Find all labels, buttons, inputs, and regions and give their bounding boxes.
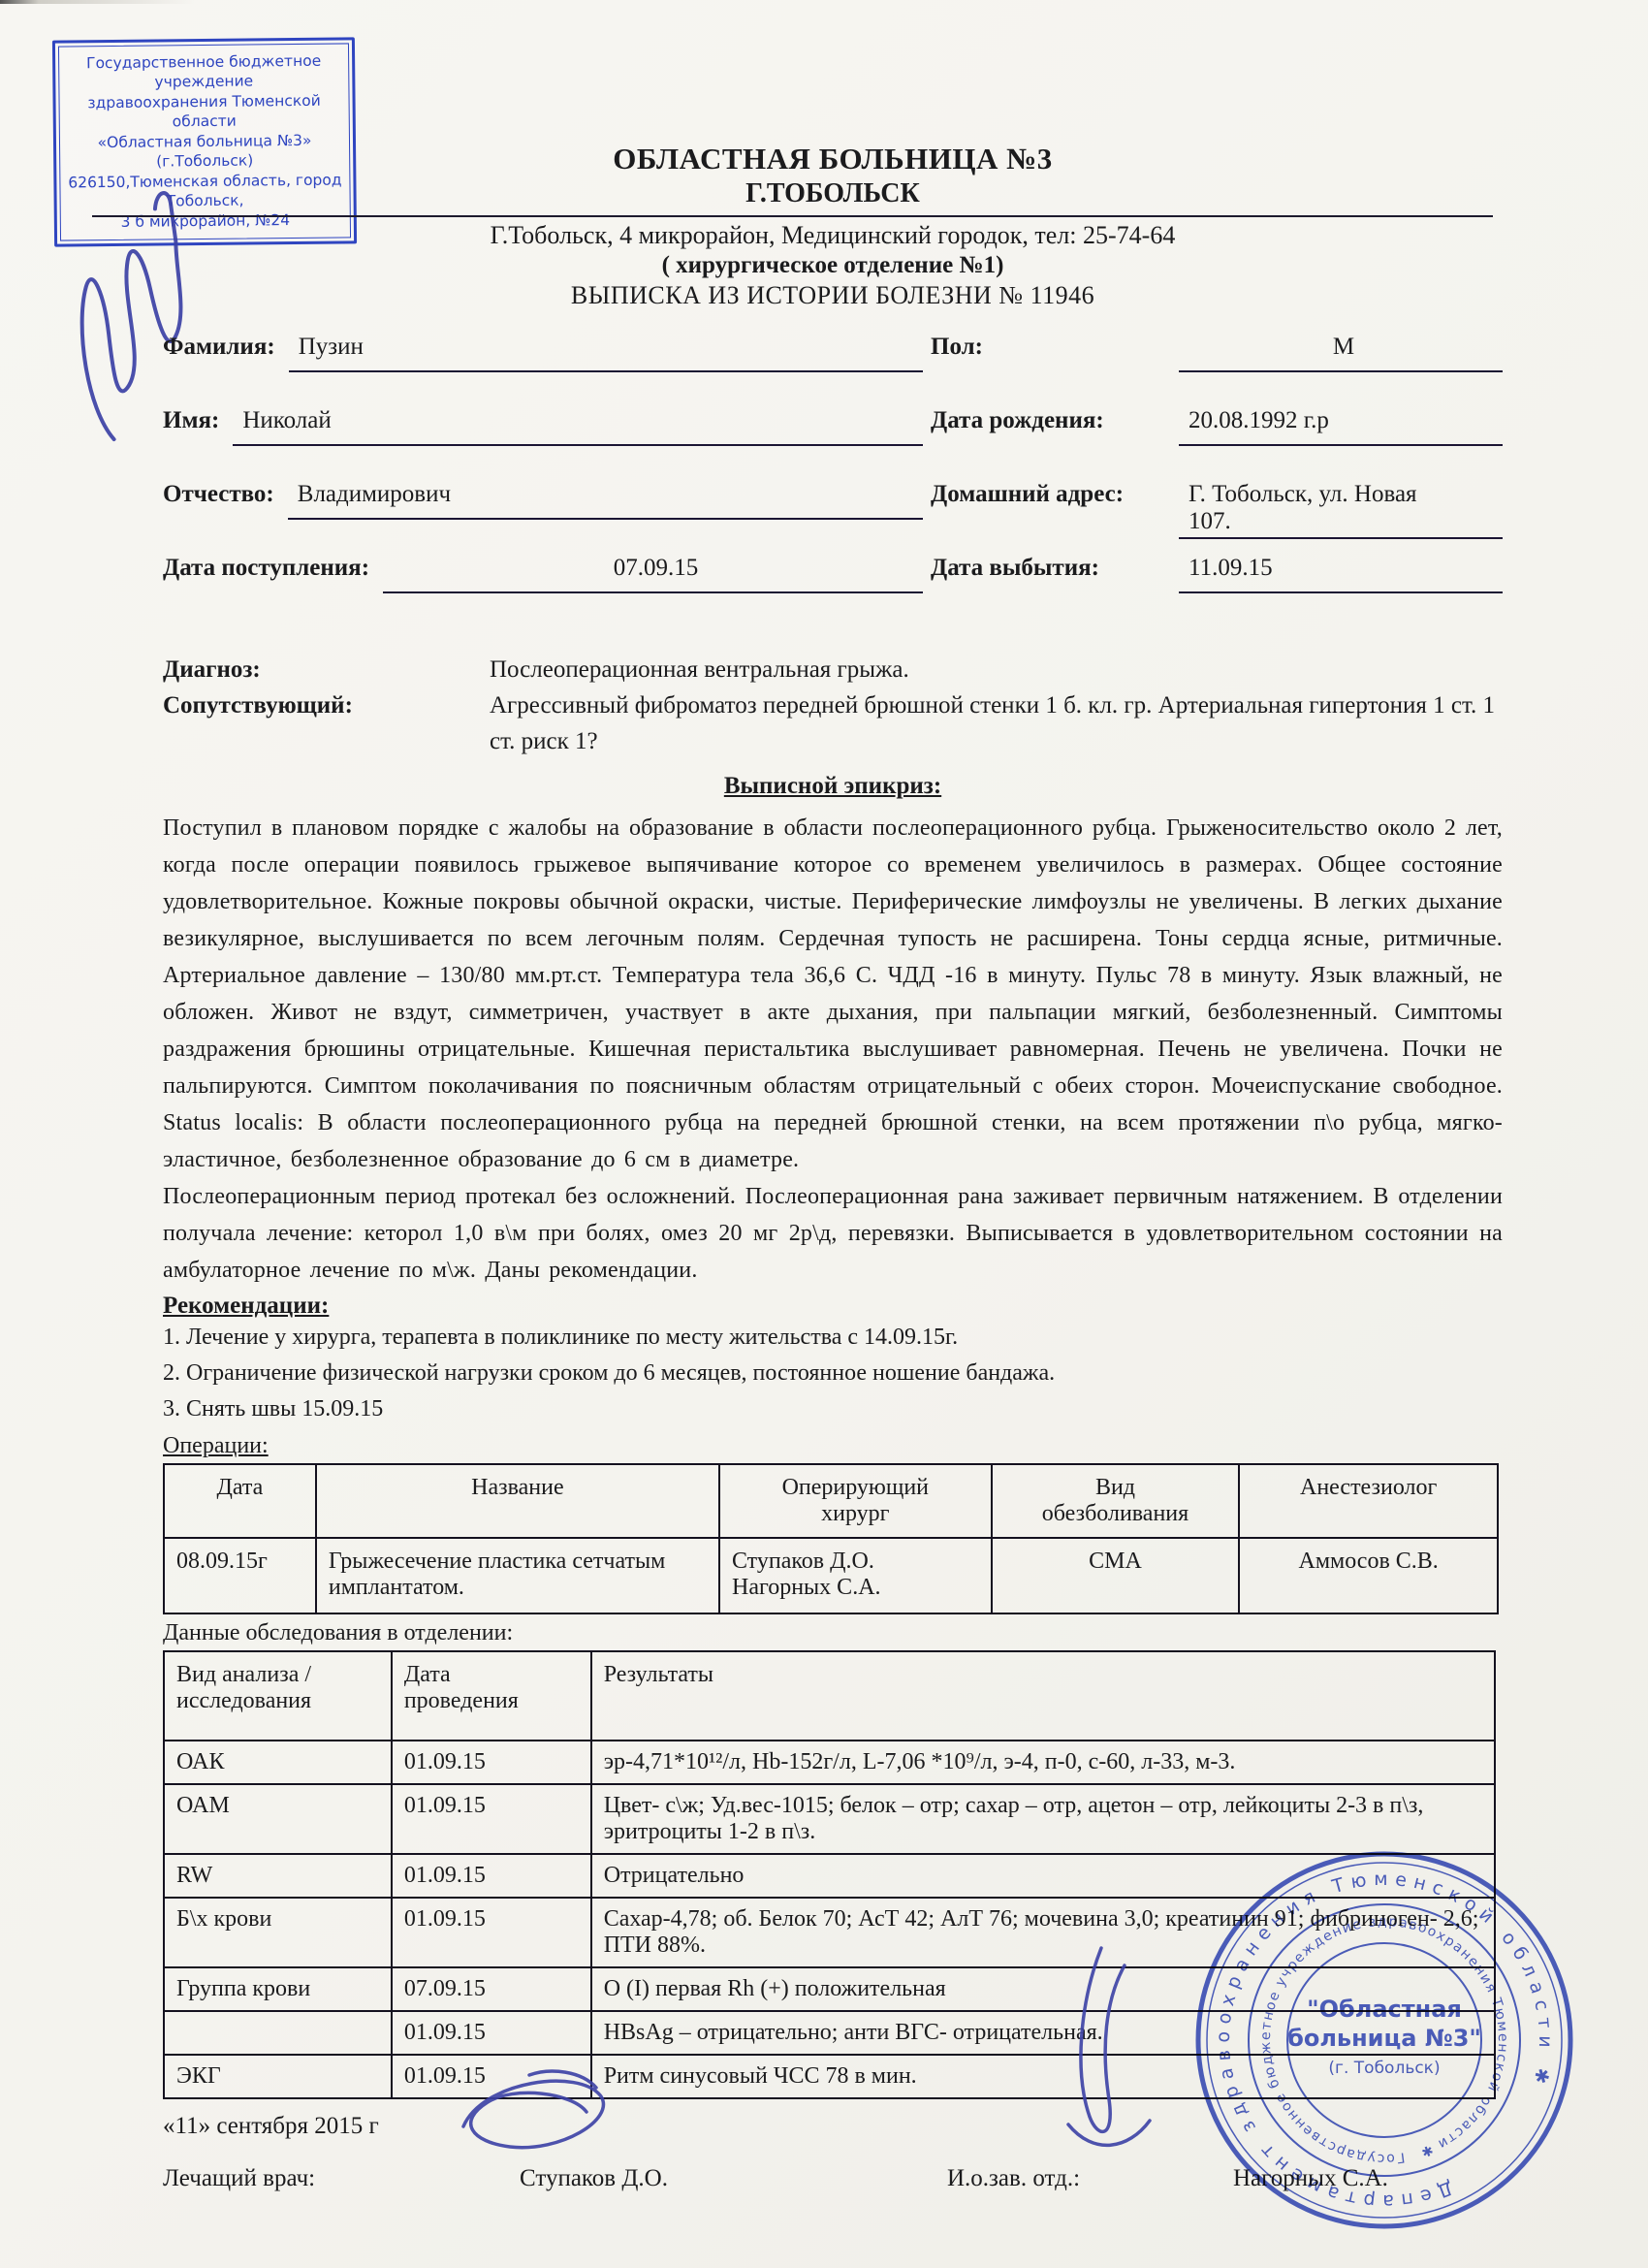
round-stamp-center-line2: больница №3": [1287, 2025, 1481, 2052]
surname-value: Пузин: [289, 332, 923, 372]
operation-name: Грыжесечение пластика сетчатым имплантат…: [316, 1538, 719, 1613]
examinations-label: Данные обследования в отделении:: [163, 1620, 1503, 1646]
exam-type: ЭКГ: [164, 2055, 392, 2098]
head-of-department-signature: [1045, 1934, 1171, 2177]
home-address-label: Домашний адрес:: [931, 479, 1179, 539]
col-name: Название: [316, 1464, 719, 1538]
operations-table: Дата Название Оперирующий хирург Вид обе…: [163, 1463, 1499, 1614]
round-stamp-center-line1: "Областная: [1307, 1996, 1462, 2023]
birthdate-label: Дата рождения:: [931, 405, 1179, 446]
col-anesthesiologist: Анестезиолог: [1239, 1464, 1498, 1538]
hospital-address: Г.Тобольск, 4 микрорайон, Медицинский го…: [163, 221, 1503, 250]
firstname-label: Имя:: [163, 405, 219, 446]
epicrisis-paragraph-1: Поступил в плановом порядке с жалобы на …: [163, 810, 1503, 1178]
department-line: ( хирургическое отделение №1): [163, 252, 1503, 279]
hospital-round-stamp: Департамент здравоохранения Тюменской об…: [1185, 1840, 1584, 2240]
epicrisis-paragraph-2: Послеоперационным период протекал без ос…: [163, 1178, 1503, 1289]
recommendation-item: 3. Снять швы 15.09.15: [163, 1391, 1503, 1427]
col-results: Результаты: [591, 1651, 1495, 1741]
exam-type: Б\х крови: [164, 1898, 392, 1967]
exam-date: 07.09.15: [392, 1967, 591, 2011]
operation-anesthesiologist: Аммосов С.В.: [1239, 1538, 1498, 1613]
col-exam-date: Дата проведения: [392, 1651, 591, 1741]
patronymic-label: Отчество:: [163, 479, 274, 520]
exam-type: ОАМ: [164, 1784, 392, 1854]
exam-type: ОАК: [164, 1741, 392, 1784]
header-rule: [92, 215, 1493, 217]
diagnosis-label: Диагноз:: [163, 652, 490, 687]
hospital-title: ОБЛАСТНАЯ БОЛЬНИЦА №3: [163, 142, 1503, 176]
exam-date: 01.09.15: [392, 1898, 591, 1967]
col-date: Дата: [164, 1464, 316, 1538]
recommendation-item: 1. Лечение у хирурга, терапевта в поликл…: [163, 1320, 1503, 1356]
exam-type: Группа крови: [164, 1967, 392, 2011]
operation-date: 08.09.15г: [164, 1538, 316, 1613]
field-row: Фамилия: Пузин Пол: М: [163, 332, 1503, 405]
operation-row: 08.09.15г Грыжесечение пластика сетчатым…: [164, 1538, 1498, 1613]
comorbid-value: Агрессивный фиброматоз передней брюшной …: [490, 687, 1503, 759]
patronymic-value: Владимирович: [288, 479, 923, 520]
exam-date: 01.09.15: [392, 1784, 591, 1854]
home-address-value: Г. Тобольск, ул. Новая 107.: [1179, 479, 1503, 539]
col-analysis-type: Вид анализа / исследования: [164, 1651, 392, 1741]
exam-row: ОАК 01.09.15 эр-4,71*10¹²/л, Hb-152г/л, …: [164, 1741, 1495, 1784]
birthdate-value: 20.08.1992 г.р: [1179, 405, 1503, 446]
exam-type: [164, 2011, 392, 2055]
firstname-value: Николай: [233, 405, 923, 446]
hospital-city: Г.ТОБОЛЬСК: [163, 178, 1503, 209]
operation-anesthesia: СМА: [992, 1538, 1240, 1613]
round-stamp-center-line3: (г. Тобольск): [1328, 2059, 1440, 2078]
operations-header-row: Дата Название Оперирующий хирург Вид обе…: [164, 1464, 1498, 1538]
exam-date: 01.09.15: [392, 2011, 591, 2055]
diagnosis-block: Диагноз: Сопутствующий: Послеоперационна…: [163, 652, 1503, 759]
exam-date: 01.09.15: [392, 1741, 591, 1784]
col-anesthesia-type: Вид обезболивания: [992, 1464, 1240, 1538]
gender-label: Пол:: [931, 332, 1179, 372]
exam-date: 01.09.15: [392, 1854, 591, 1898]
field-row: Дата поступления: 07.09.15 Дата выбытия:…: [163, 553, 1503, 626]
patient-fields: Фамилия: Пузин Пол: М Имя: Николай Дата …: [163, 332, 1503, 626]
attending-doctor-signature: [434, 2054, 638, 2170]
diagnosis-value: Послеоперационная вентральная грыжа.: [490, 652, 1503, 687]
recommendation-item: 2. Ограничение физической нагрузки сроко…: [163, 1356, 1503, 1391]
discharge-date-value: 11.09.15: [1179, 553, 1503, 593]
comorbid-label: Сопутствующий:: [163, 687, 490, 723]
discharge-summary-document: Государственное бюджетное учреждение здр…: [0, 0, 1648, 2268]
exam-result: эр-4,71*10¹²/л, Hb-152г/л, L-7,06 *10⁹/л…: [591, 1741, 1495, 1784]
gender-value: М: [1179, 332, 1503, 372]
discharge-date-label: Дата выбытия:: [931, 553, 1179, 593]
field-row: Имя: Николай Дата рождения: 20.08.1992 г…: [163, 405, 1503, 479]
document-title: ВЫПИСКА ИЗ ИСТОРИИ БОЛЕЗНИ № 11946: [163, 281, 1503, 310]
admission-date-value: 07.09.15: [383, 553, 923, 593]
operations-label: Операции:: [163, 1433, 1503, 1459]
field-row: Отчество: Владимирович Домашний адрес: Г…: [163, 479, 1503, 553]
surname-label: Фамилия:: [163, 332, 275, 372]
exam-type: RW: [164, 1854, 392, 1898]
attending-doctor-label: Лечащий врач:: [163, 2165, 315, 2192]
recommendations-heading: Рекомендации:: [163, 1293, 1503, 1320]
admission-date-label: Дата поступления:: [163, 553, 369, 593]
col-surgeon: Оперирующий хирург: [719, 1464, 992, 1538]
operation-surgeons: Ступаков Д.О. Нагорных С.А.: [719, 1538, 992, 1613]
epicrisis-heading: Выписной эпикриз:: [163, 773, 1503, 800]
examinations-header-row: Вид анализа / исследования Дата проведен…: [164, 1651, 1495, 1741]
